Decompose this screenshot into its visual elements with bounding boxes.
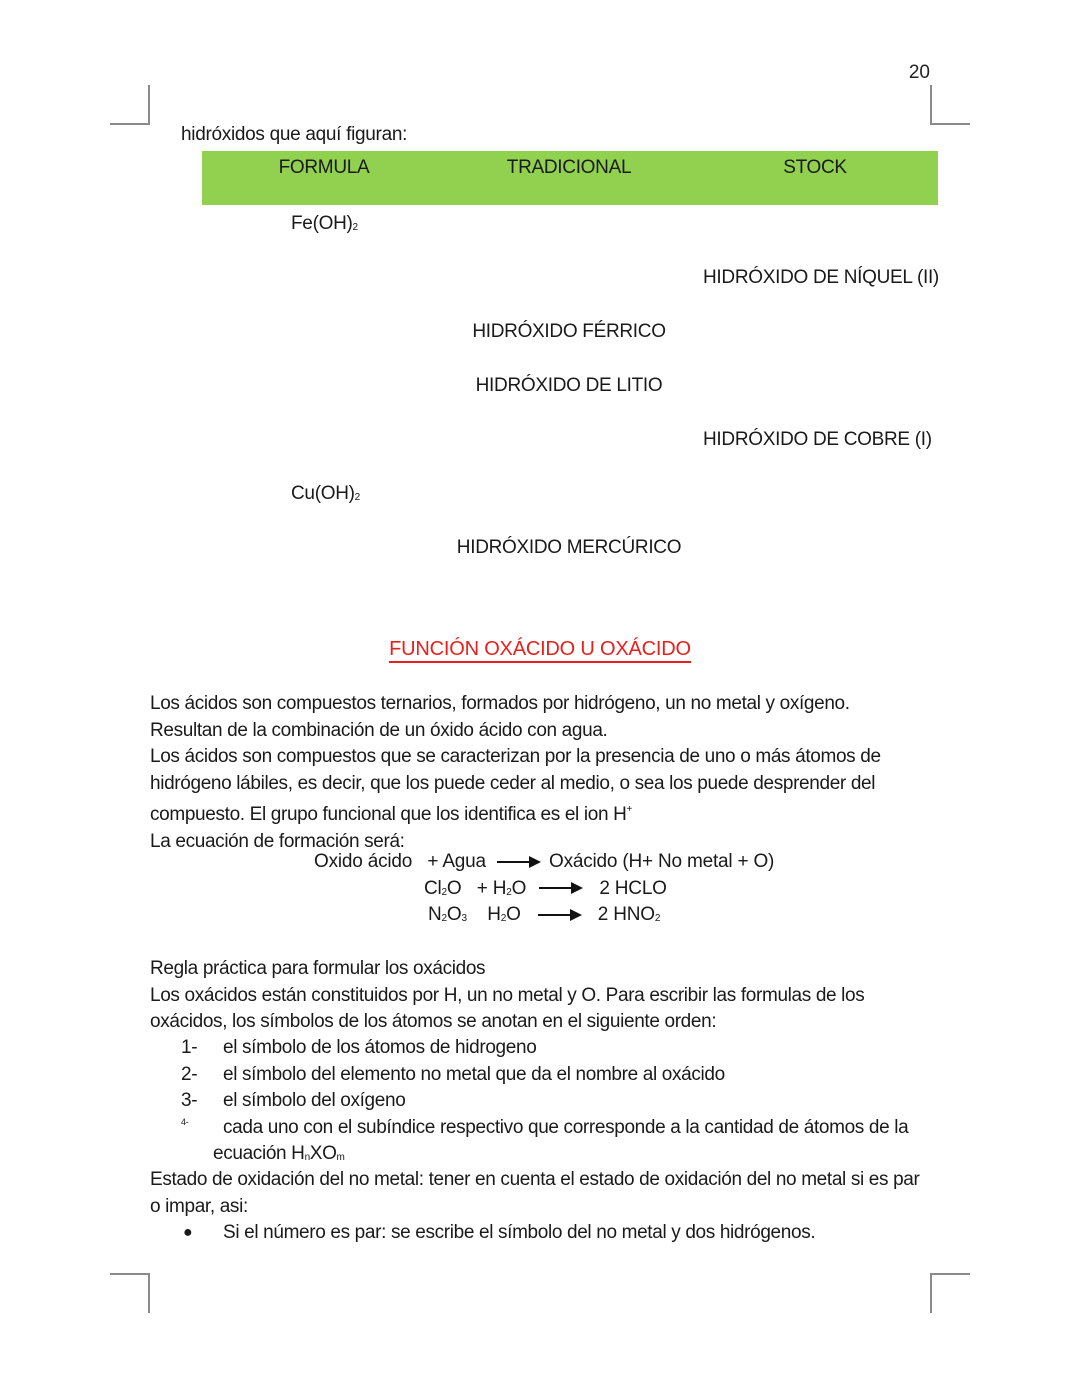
equation-general: Oxido ácido + Agua Oxácido (H+ No metal … xyxy=(314,849,774,876)
table-body: Fe(OH)2HIDRÓXIDO DE NÍQUEL (II)HIDRÓXIDO… xyxy=(202,205,938,583)
list-item-continuation: ecuación HnXOm xyxy=(181,1141,345,1168)
section-title-text: FUNCIÓN OXÁCIDO U OXÁCIDO xyxy=(389,638,691,663)
paragraph-practical-rule: Regla práctica para formular los oxácido… xyxy=(150,956,930,1036)
paragraph-line: o impar, asi: xyxy=(150,1194,930,1221)
crop-mark-bottom-right xyxy=(930,1273,970,1313)
table-row: Cu(OH)2 xyxy=(202,475,938,529)
column-header-formula: FORMULA xyxy=(279,157,370,179)
arrow-right-icon xyxy=(497,861,539,863)
section-title: FUNCIÓN OXÁCIDO U OXÁCIDO xyxy=(0,638,1080,661)
paragraph-line: Los ácidos son compuestos que se caracte… xyxy=(150,744,930,771)
bullet-icon: ● xyxy=(183,1220,192,1247)
ordered-list: 1- el símbolo de los átomos de hidrogeno… xyxy=(181,1035,345,1168)
cell-tradicional: HIDRÓXIDO DE LITIO xyxy=(476,375,663,397)
cell-formula: Fe(OH)2 xyxy=(291,213,358,235)
page-number: 20 xyxy=(909,62,930,84)
column-header-tradicional: TRADICIONAL xyxy=(507,157,631,179)
paragraph-acids-definition: Los ácidos son compuestos ternarios, for… xyxy=(150,691,930,855)
hydroxide-table: FORMULA TRADICIONAL STOCK Fe(OH)2HIDRÓXI… xyxy=(202,151,938,583)
paragraph-line: oxácidos, los símbolos de los átomos se … xyxy=(150,1009,930,1036)
paragraph-line: compuesto. El grupo funcional que los id… xyxy=(150,797,930,829)
crop-mark-top-left xyxy=(110,85,150,125)
crop-mark-top-right xyxy=(930,85,970,125)
paragraph-line: Resultan de la combinación de un óxido á… xyxy=(150,718,930,745)
paragraph-oxidation-state: Estado de oxidación del no metal: tener … xyxy=(150,1167,930,1220)
table-row: Fe(OH)2 xyxy=(202,205,938,259)
intro-text: hidróxidos que aquí figuran: xyxy=(181,124,407,146)
crop-mark-bottom-left xyxy=(110,1273,150,1313)
table-row: HIDRÓXIDO FÉRRICO xyxy=(202,313,938,367)
paragraph-line: Los ácidos son compuestos ternarios, for… xyxy=(150,691,930,718)
cell-tradicional: HIDRÓXIDO FÉRRICO xyxy=(472,321,665,343)
equation-n2o3: N2O3 H2O 2 HNO2 xyxy=(428,902,660,933)
cell-stock: HIDRÓXIDO DE NÍQUEL (II) xyxy=(703,267,939,289)
cell-formula: Cu(OH)2 xyxy=(291,483,360,505)
table-row: HIDRÓXIDO DE LITIO xyxy=(202,367,938,421)
cell-stock: HIDRÓXIDO DE COBRE (I) xyxy=(703,429,932,451)
table-row: HIDRÓXIDO MERCÚRICO xyxy=(202,529,938,583)
paragraph-line: Regla práctica para formular los oxácido… xyxy=(150,956,930,983)
list-item: 2- el símbolo del elemento no metal que … xyxy=(181,1062,345,1089)
column-header-stock: STOCK xyxy=(783,157,847,179)
list-item: 4- cada uno con el subíndice respectivo … xyxy=(181,1115,345,1142)
arrow-right-icon xyxy=(539,887,581,889)
table-row: HIDRÓXIDO DE NÍQUEL (II) xyxy=(202,259,938,313)
cell-tradicional: HIDRÓXIDO MERCÚRICO xyxy=(457,537,681,559)
arrow-right-icon xyxy=(538,914,580,916)
table-row: HIDRÓXIDO DE COBRE (I) xyxy=(202,421,938,475)
paragraph-line: hidrógeno lábiles, es decir, que los pue… xyxy=(150,771,930,798)
list-item: 1- el símbolo de los átomos de hidrogeno xyxy=(181,1035,345,1062)
table-header: FORMULA TRADICIONAL STOCK xyxy=(202,151,938,205)
paragraph-line: Los oxácidos están constituidos por H, u… xyxy=(150,983,930,1010)
paragraph-line: Estado de oxidación del no metal: tener … xyxy=(150,1167,930,1194)
